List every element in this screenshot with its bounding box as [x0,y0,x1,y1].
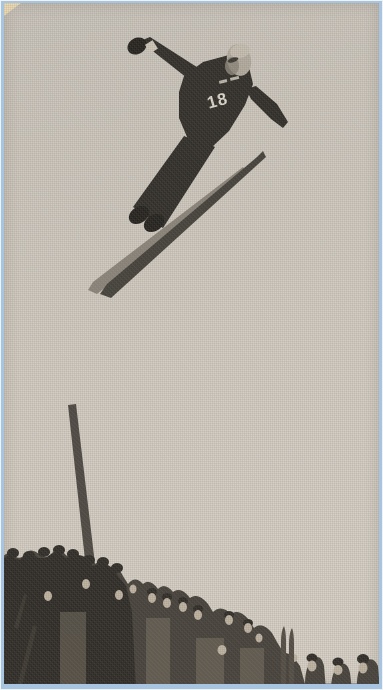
spectator-face [194,610,202,620]
spectator-face [148,593,156,603]
spectator-face [359,663,368,674]
photo-scene: 18 [0,0,383,690]
spectator-face [179,602,187,612]
spectator-face [244,623,252,633]
spectator-face [115,590,123,600]
spectator-face [130,585,137,594]
spectator-face [334,665,343,675]
spectator-face [218,645,227,655]
spectator-face [163,598,171,608]
spectator-face [225,615,233,625]
spectator-crowd [0,545,383,690]
spectator-face [256,634,263,643]
spectator-face [308,661,317,672]
magazine-photo-frame: 18 [0,0,383,690]
jumper-right-arm-glove [246,86,288,128]
spectator-face [44,591,52,601]
spectator-face [82,579,90,589]
